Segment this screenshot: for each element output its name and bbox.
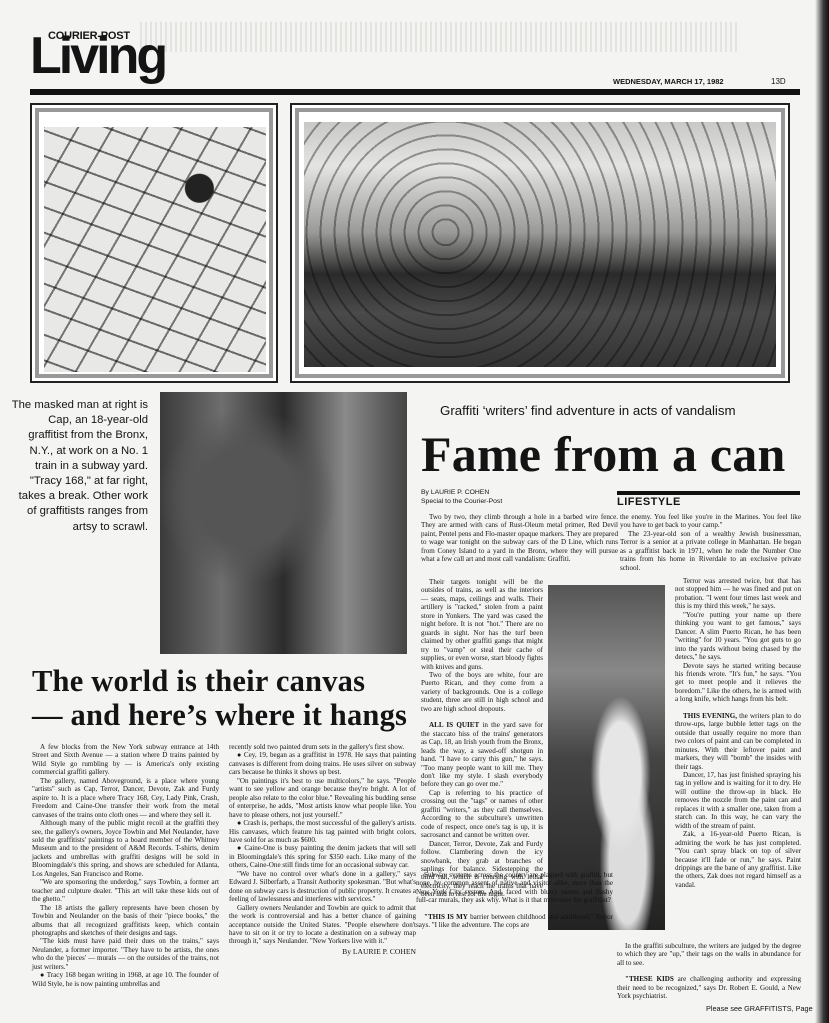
- paragraph: ● Crash is, perhaps, the most successful…: [229, 819, 416, 844]
- lead-in: "THIS IS MY: [424, 913, 468, 921]
- fame-column-2-narrow: Terror was arrested twice, but that has …: [675, 577, 801, 889]
- paragraph: A few blocks from the New York subway en…: [32, 743, 219, 777]
- paragraph: In the graffiti subculture, the writers …: [617, 942, 801, 967]
- paragraph: Devote says he started writing because h…: [675, 662, 801, 704]
- fame-column-1-top: Two by two, they climb through a hole in…: [421, 513, 618, 564]
- paragraph: Their targets tonight will be the outsid…: [421, 578, 543, 671]
- fame-column-2-bottom: In the graffiti subculture, the writers …: [617, 942, 801, 1001]
- fame-column-1-narrow: Their targets tonight will be the outsid…: [421, 578, 543, 899]
- photo-caption: The masked man at right is Cap, an 18-ye…: [10, 398, 148, 535]
- paragraph: "You're putting your name up there think…: [675, 611, 801, 662]
- lead-in: ALL IS QUIET: [429, 721, 479, 729]
- paragraph: the enemy. You feel like you're in the M…: [620, 513, 801, 530]
- masthead-rule: [30, 89, 800, 95]
- paragraph: The gallery, named Aboveground, is a pla…: [32, 777, 219, 819]
- article-headline: Fame from a can: [421, 425, 785, 483]
- paragraph: Dancer, 17, has just finished spraying h…: [675, 771, 801, 830]
- paragraph: "We have no control over what's done in …: [229, 870, 416, 904]
- dateline: WEDNESDAY, MARCH 17, 1982: [613, 77, 724, 86]
- paragraph: ● Tracy 168 began writing in 1968, at ag…: [32, 971, 219, 988]
- world-column-1: A few blocks from the New York subway en…: [32, 743, 219, 988]
- paragraph: "The kids must have paid their dues on t…: [32, 937, 219, 971]
- byline-author: By LAURIE P. COHEN: [421, 489, 502, 498]
- lifestyle-rule: [617, 491, 800, 495]
- paragraph: THIS EVENING, the writers plan to do thr…: [675, 712, 801, 771]
- photo-cap-spraying: [160, 392, 407, 654]
- paragraph: The 18 artists the gallery represents ha…: [32, 904, 219, 938]
- scan-edge-shadow: [815, 0, 829, 1023]
- signature: By LAURIE P. COHEN: [229, 948, 416, 956]
- paragraph: "THIS IS MY barrier between childhood an…: [416, 913, 613, 930]
- paragraph: The 23-year-old son of a wealthy Jewish …: [620, 530, 801, 572]
- headline-line-2: — and here’s where it hangs: [32, 698, 407, 732]
- fame-column-1-bottom: Subway systems across the country are pl…: [416, 871, 613, 930]
- paragraph: Cap is referring to his practice of cros…: [421, 789, 543, 840]
- lead-in: THIS EVENING,: [683, 712, 737, 720]
- photo-subway-car: [290, 103, 790, 383]
- paragraph: Zak, a 16-year-old Puerto Rican, is admi…: [675, 830, 801, 889]
- paper-name: COURIER-POST: [48, 30, 130, 42]
- paragraph: Gallery owners Neulander and Towbin are …: [229, 904, 416, 946]
- byline-affiliation: Special to the Courier-Post: [421, 498, 502, 507]
- paragraph: "On paintings it's best to use multicolo…: [229, 777, 416, 819]
- world-column-2: recently sold two painted drum sets in t…: [229, 743, 416, 956]
- headline-line-1: The world is their canvas: [32, 664, 407, 698]
- photo-graffiti-wall: [30, 103, 278, 383]
- paragraph: Although many of the public might recoil…: [32, 819, 219, 878]
- paragraph: ● Caine-One is busy painting the denim j…: [229, 844, 416, 869]
- paragraph: ALL IS QUIET in the yard save for the st…: [421, 721, 543, 789]
- paragraph: recently sold two painted drum sets in t…: [229, 743, 416, 751]
- article-byline: By LAURIE P. COHEN Special to the Courie…: [421, 489, 502, 506]
- lead-in: "THESE KIDS: [625, 975, 674, 983]
- subway-car-image: [304, 122, 776, 367]
- fame-column-2-top: the enemy. You feel like you're in the M…: [620, 513, 801, 572]
- paragraph: "We are sponsoring the underdog," says T…: [32, 878, 219, 903]
- paragraph: Two of the boys are white, four are Puer…: [421, 671, 543, 713]
- graffiti-wall-image: [44, 127, 266, 372]
- paragraph: "THESE KIDS are challenging authority an…: [617, 975, 801, 1000]
- page-number: 13D: [771, 77, 786, 86]
- paragraph: Subway systems across the country are pl…: [416, 871, 613, 905]
- jump-line[interactable]: Please see GRAFFITISTS, Page 17D: [706, 1004, 828, 1013]
- paragraph: Two by two, they climb through a hole in…: [421, 513, 618, 564]
- paragraph: Terror was arrested twice, but that has …: [675, 577, 801, 611]
- sidebar-headline: The world is their canvas — and here’s w…: [32, 664, 407, 732]
- masthead-bleedthrough: [140, 22, 740, 52]
- section-tag: LIFESTYLE: [617, 496, 681, 508]
- paragraph: ● Cey, 19, began as a graffitist in 1978…: [229, 751, 416, 776]
- article-kicker: Graffiti ‘writers’ find adventure in act…: [440, 403, 736, 418]
